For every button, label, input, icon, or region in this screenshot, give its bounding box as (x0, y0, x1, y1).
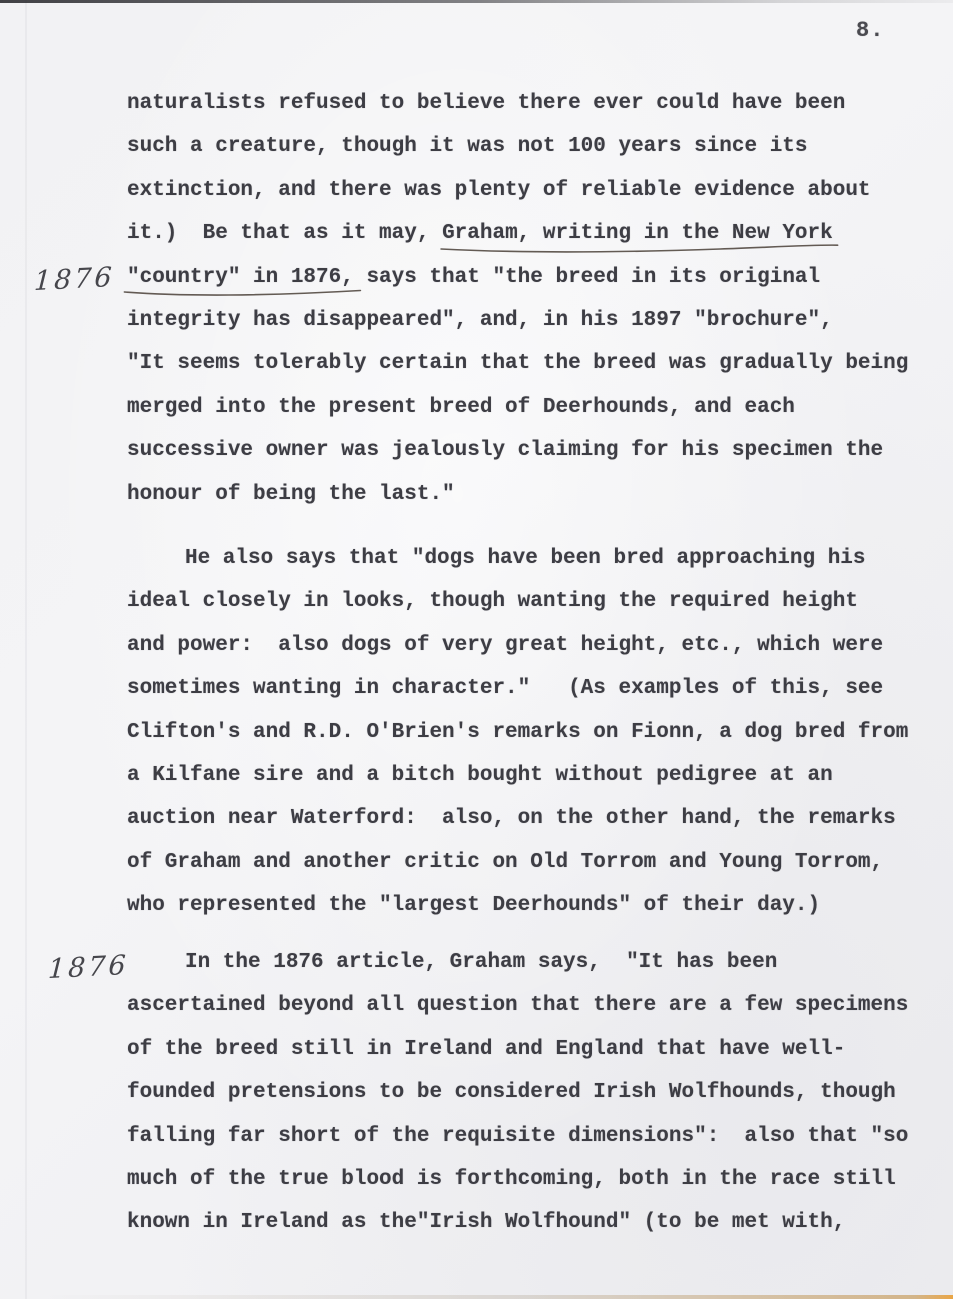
underlined-text: "country" in 1876, (127, 267, 354, 289)
typed-line: honour of being the last." (127, 484, 947, 527)
line-text: it.) Be that as it may, (127, 222, 442, 245)
typed-line: of the breed still in Ireland and Englan… (127, 1039, 947, 1082)
typed-line: ascertained beyond all question that the… (127, 995, 947, 1038)
typed-line: ideal closely in looks, though wanting t… (127, 591, 947, 634)
page-number: 8. (856, 18, 884, 43)
typed-line: a Kilfane sire and a bitch bought withou… (127, 765, 947, 808)
typed-line: He also says that "dogs have been bred a… (127, 548, 947, 591)
typed-line: "It seems tolerably certain that the bre… (127, 353, 947, 396)
typed-line: auction near Waterford: also, on the oth… (127, 808, 947, 851)
hand-underline (122, 286, 363, 298)
typed-line: merged into the present breed of Deerhou… (127, 397, 947, 440)
underlined-text: Graham, writing in the New York (442, 223, 833, 245)
typed-line: sometimes wanting in character." (As exa… (127, 678, 947, 721)
typed-line: and power: also dogs of very great heigh… (127, 635, 947, 678)
scan-edge-bottom (0, 1295, 953, 1299)
typed-line: such a creature, though it was not 100 y… (127, 136, 947, 179)
typed-line: "country" in 1876, says that "the breed … (127, 267, 947, 310)
paper-crease (25, 0, 27, 1299)
paragraph-1: naturalists refused to believe there eve… (127, 93, 947, 527)
paragraph-3: In the 1876 article, Graham says, "It ha… (127, 952, 947, 1256)
line-text: says that "the breed in its original (354, 266, 820, 289)
scan-edge-top (0, 0, 953, 3)
typed-line: In the 1876 article, Graham says, "It ha… (127, 952, 947, 995)
typed-line: naturalists refused to believe there eve… (127, 93, 947, 136)
typed-line: integrity has disappeared", and, in his … (127, 310, 947, 353)
typed-line: Clifton's and R.D. O'Brien's remarks on … (127, 722, 947, 765)
hand-underline (437, 242, 842, 254)
typed-line: it.) Be that as it may, Graham, writing … (127, 223, 947, 266)
typed-line: extinction, and there was plenty of reli… (127, 180, 947, 223)
typed-line: who represented the "largest Deerhounds"… (127, 895, 947, 938)
typed-line: founded pretensions to be considered Iri… (127, 1082, 947, 1125)
scanned-page: 8. 1876 1876 naturalists refused to beli… (0, 0, 953, 1299)
typed-line: of Graham and another critic on Old Torr… (127, 852, 947, 895)
margin-note-1876-bottom: 1876 (47, 950, 129, 985)
typed-line: successive owner was jealously claiming … (127, 440, 947, 483)
paragraph-2: He also says that "dogs have been bred a… (127, 548, 947, 939)
margin-note-1876-top: 1876 (33, 262, 115, 297)
typed-line: much of the true blood is forthcoming, b… (127, 1169, 947, 1212)
typed-line: known in Ireland as the"Irish Wolfhound"… (127, 1212, 947, 1255)
typed-line: falling far short of the requisite dimen… (127, 1126, 947, 1169)
